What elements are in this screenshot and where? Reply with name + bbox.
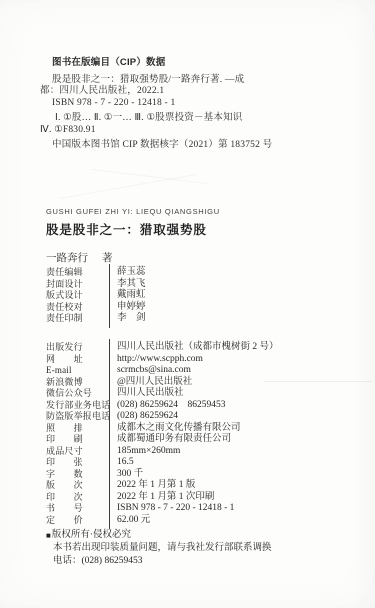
table-row: 封面设计李其飞	[46, 279, 368, 291]
row-value: 300 千	[109, 469, 143, 481]
table-row: 新浪微博@四川人民出版社	[46, 377, 368, 389]
table-row: 责任校对申婷婷	[46, 302, 368, 314]
row-label: 版 次	[46, 480, 109, 492]
book-title: 股是股非之一：猎取强势股	[46, 220, 220, 238]
table-row: 印 刷成都蜀通印务有限责任公司	[46, 434, 368, 446]
row-value: http://www.scpph.com	[109, 354, 203, 366]
title-block: GUSHI GUFEI ZHI YI: LIEQU QIANGSHIGU 股是股…	[46, 207, 220, 265]
row-label: 印 刷	[46, 434, 109, 446]
author-name: 一路奔行	[46, 253, 88, 264]
table-row: 字 数300 千	[46, 469, 368, 481]
credits-table: 责任编辑薛玉蕊封面设计李其飞版式设计戴雨虹责任校对申婷婷责任印制李 剑	[46, 267, 368, 325]
table-row: 版式设计戴雨虹	[46, 290, 368, 302]
cip-header: 图书在版编目（CIP）数据	[40, 57, 345, 69]
table-row: 微信公众号四川人民出版社	[46, 388, 368, 400]
row-value: scrmcbs@sina.com	[109, 365, 191, 377]
row-value: 戴雨虹	[109, 290, 146, 302]
row-value: 薛玉蕊	[109, 267, 146, 279]
row-value: 成都木之雨文化传播有限公司	[109, 423, 241, 435]
cip-isbn: ISBN 978 - 7 - 220 - 12418 - 1	[40, 98, 345, 110]
row-label: 定 价	[46, 515, 109, 527]
row-value: (028) 86259624 86259453	[109, 400, 225, 412]
cip-data-block: 图书在版编目（CIP）数据 股是股非之一：猎取强势股/一路奔行著. —成 都：四…	[40, 57, 345, 152]
row-value: (028) 86259624	[109, 411, 178, 423]
table-divider-line	[109, 339, 110, 529]
table-row: 书 号ISBN 978 - 7 - 220 - 12418 - 1	[46, 503, 368, 515]
table-row: 出版发行四川人民出版社（成都市槐树街 2 号）	[46, 342, 368, 354]
row-value: 成都蜀通印务有限责任公司	[109, 434, 231, 446]
row-label: 责任校对	[46, 302, 109, 314]
row-label: 发行部业务电话	[46, 400, 109, 412]
row-label: 封面设计	[46, 279, 109, 291]
book-copyright-page: 图书在版编目（CIP）数据 股是股非之一：猎取强势股/一路奔行著. —成 都：四…	[0, 0, 375, 608]
table-row: 责任印制李 剑	[46, 313, 368, 325]
contact-phone-line: 电话：(028) 86259453	[46, 555, 272, 568]
row-label: 成品尺寸	[46, 446, 109, 458]
copyright-statement: 版权所有·侵权必究	[52, 529, 131, 542]
row-value: ISBN 978 - 7 - 220 - 12418 - 1	[109, 503, 234, 515]
table-row: 印 次2022 年 1 月第 1 次印刷	[46, 492, 368, 504]
author-line: 一路奔行著	[46, 250, 220, 265]
cip-description-line1: 股是股非之一：猎取强势股/一路奔行著. —成	[40, 75, 345, 87]
row-label: 印 张	[46, 457, 109, 469]
scan-crease	[59, 174, 197, 199]
table-row: 网 址http://www.scpph.com	[46, 354, 368, 366]
row-value: 62.00 元	[109, 515, 150, 527]
table-divider-line	[109, 264, 110, 328]
row-label: 网 址	[46, 354, 109, 366]
author-role: 著	[102, 253, 113, 264]
row-label: E-mail	[46, 365, 109, 377]
row-value: 2022 年 1 月第 1 次印刷	[109, 492, 214, 504]
row-label: 照 排	[46, 423, 109, 435]
table-row: E-mailscrmcbs@sina.com	[46, 365, 368, 377]
row-label: 防盗版举报电话	[46, 411, 109, 423]
publishing-info-table: 出版发行四川人民出版社（成都市槐树街 2 号）网 址http://www.scp…	[46, 342, 368, 526]
book-title-pinyin: GUSHI GUFEI ZHI YI: LIEQU QIANGSHIGU	[46, 207, 220, 216]
row-value: 李其飞	[109, 279, 146, 291]
row-label: 书 号	[46, 503, 109, 515]
table-row: 发行部业务电话(028) 86259624 86259453	[46, 400, 368, 412]
row-value: 185mm×260mm	[109, 446, 180, 458]
cip-description-line2: 都：四川人民出版社，2022.1	[40, 86, 345, 98]
row-value: 李 剑	[109, 313, 146, 325]
table-row: 责任编辑薛玉蕊	[46, 267, 368, 279]
row-label: 出版发行	[46, 342, 109, 354]
row-label: 责任编辑	[46, 267, 109, 279]
table-row: 防盗版举报电话(028) 86259624	[46, 411, 368, 423]
row-value: 申婷婷	[109, 302, 146, 314]
table-row: 印 张16.5	[46, 457, 368, 469]
row-label: 新浪微博	[46, 377, 109, 389]
table-row: 照 排成都木之雨文化传播有限公司	[46, 423, 368, 435]
square-bullet-icon: ■	[46, 529, 51, 542]
copyright-notice: ■ 版权所有·侵权必究 本书若出现印装质量问题，请与我社发行部联系调换 电话：(…	[46, 529, 272, 569]
row-value: 四川人民出版社	[109, 388, 184, 400]
row-label: 印 次	[46, 492, 109, 504]
table-row: 成品尺寸185mm×260mm	[46, 446, 368, 458]
row-value: 四川人民出版社（成都市槐树街 2 号）	[109, 342, 279, 354]
cip-record-number: 中国版本图书馆 CIP 数据核字（2021）第 183752 号	[40, 140, 345, 152]
cip-classification-line1: Ⅰ. ①股… Ⅱ. ①一… Ⅲ. ①股票投资－基本知识	[40, 113, 345, 125]
row-label: 微信公众号	[46, 388, 109, 400]
row-value: 2022 年 1 月第 1 版	[109, 480, 195, 492]
table-row: 定 价62.00 元	[46, 515, 368, 527]
table-row: 版 次2022 年 1 月第 1 版	[46, 480, 368, 492]
row-label: 版式设计	[46, 290, 109, 302]
row-value: 16.5	[109, 457, 134, 469]
cip-classification-line2: Ⅳ. ①F830.91	[40, 125, 345, 137]
row-label: 字 数	[46, 469, 109, 481]
row-value: @四川人民出版社	[109, 377, 192, 389]
quality-notice-line: 本书若出现印装质量问题，请与我社发行部联系调换	[46, 542, 272, 555]
copyright-notice-line1: ■ 版权所有·侵权必究	[46, 529, 272, 542]
row-label: 责任印制	[46, 313, 109, 325]
